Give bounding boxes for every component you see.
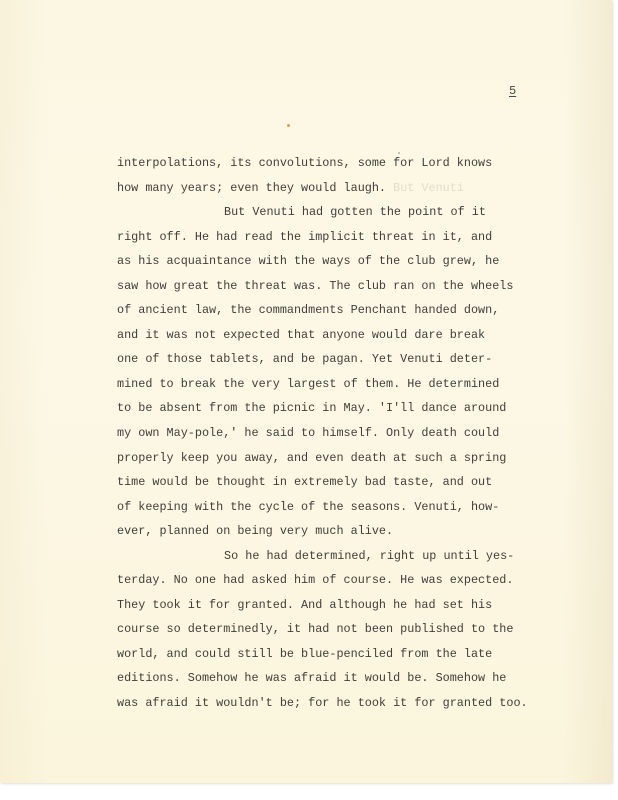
text-line: of keeping with the cycle of the seasons… [117, 498, 597, 523]
paper-speck [287, 124, 290, 127]
text-line: world, and could still be blue-penciled … [117, 645, 597, 670]
text-line: as his acquaintance with the ways of the… [117, 252, 597, 277]
text-line: one of those tablets, and be pagan. Yet … [117, 350, 597, 375]
text-line: terday. No one had asked him of course. … [117, 571, 597, 596]
text-line: editions. Somehow he was afraid it would… [117, 669, 597, 694]
page-number: 5 [509, 84, 516, 98]
text-line: course so determinedly, it had not been … [117, 620, 597, 645]
body-text: interpolations, its convolutions, some f… [117, 154, 597, 719]
text-line: saw how great the threat was. The club r… [117, 277, 597, 302]
text-line: ever, planned on being very much alive. [117, 522, 597, 547]
text-line: was afraid it wouldn't be; for he took i… [117, 694, 597, 719]
text-line-paragraph-start: But Venuti had gotten the point of it [117, 203, 597, 228]
text-line: mined to break the very largest of them.… [117, 375, 597, 400]
text-line: properly keep you away, and even death a… [117, 449, 597, 474]
text-line: They took it for granted. And although h… [117, 596, 597, 621]
text-line: how many years; even they would laugh. B… [117, 179, 597, 204]
text-line: time would be thought in extremely bad t… [117, 473, 597, 498]
text-line: to be absent from the picnic in May. 'I'… [117, 399, 597, 424]
text-line: and it was not expected that anyone woul… [117, 326, 597, 351]
text-line: right off. He had read the implicit thre… [117, 228, 597, 253]
erased-text: But Venuti [393, 181, 464, 195]
text-line: my own May-pole,' he said to himself. On… [117, 424, 597, 449]
text-line: of ancient law, the commandments Penchan… [117, 301, 597, 326]
text-line-paragraph-start: So he had determined, right up until yes… [117, 547, 597, 572]
typewritten-page: 5 interpolations, its convolutions, some… [0, 0, 612, 783]
text-line: interpolations, its convolutions, some f… [117, 154, 597, 179]
